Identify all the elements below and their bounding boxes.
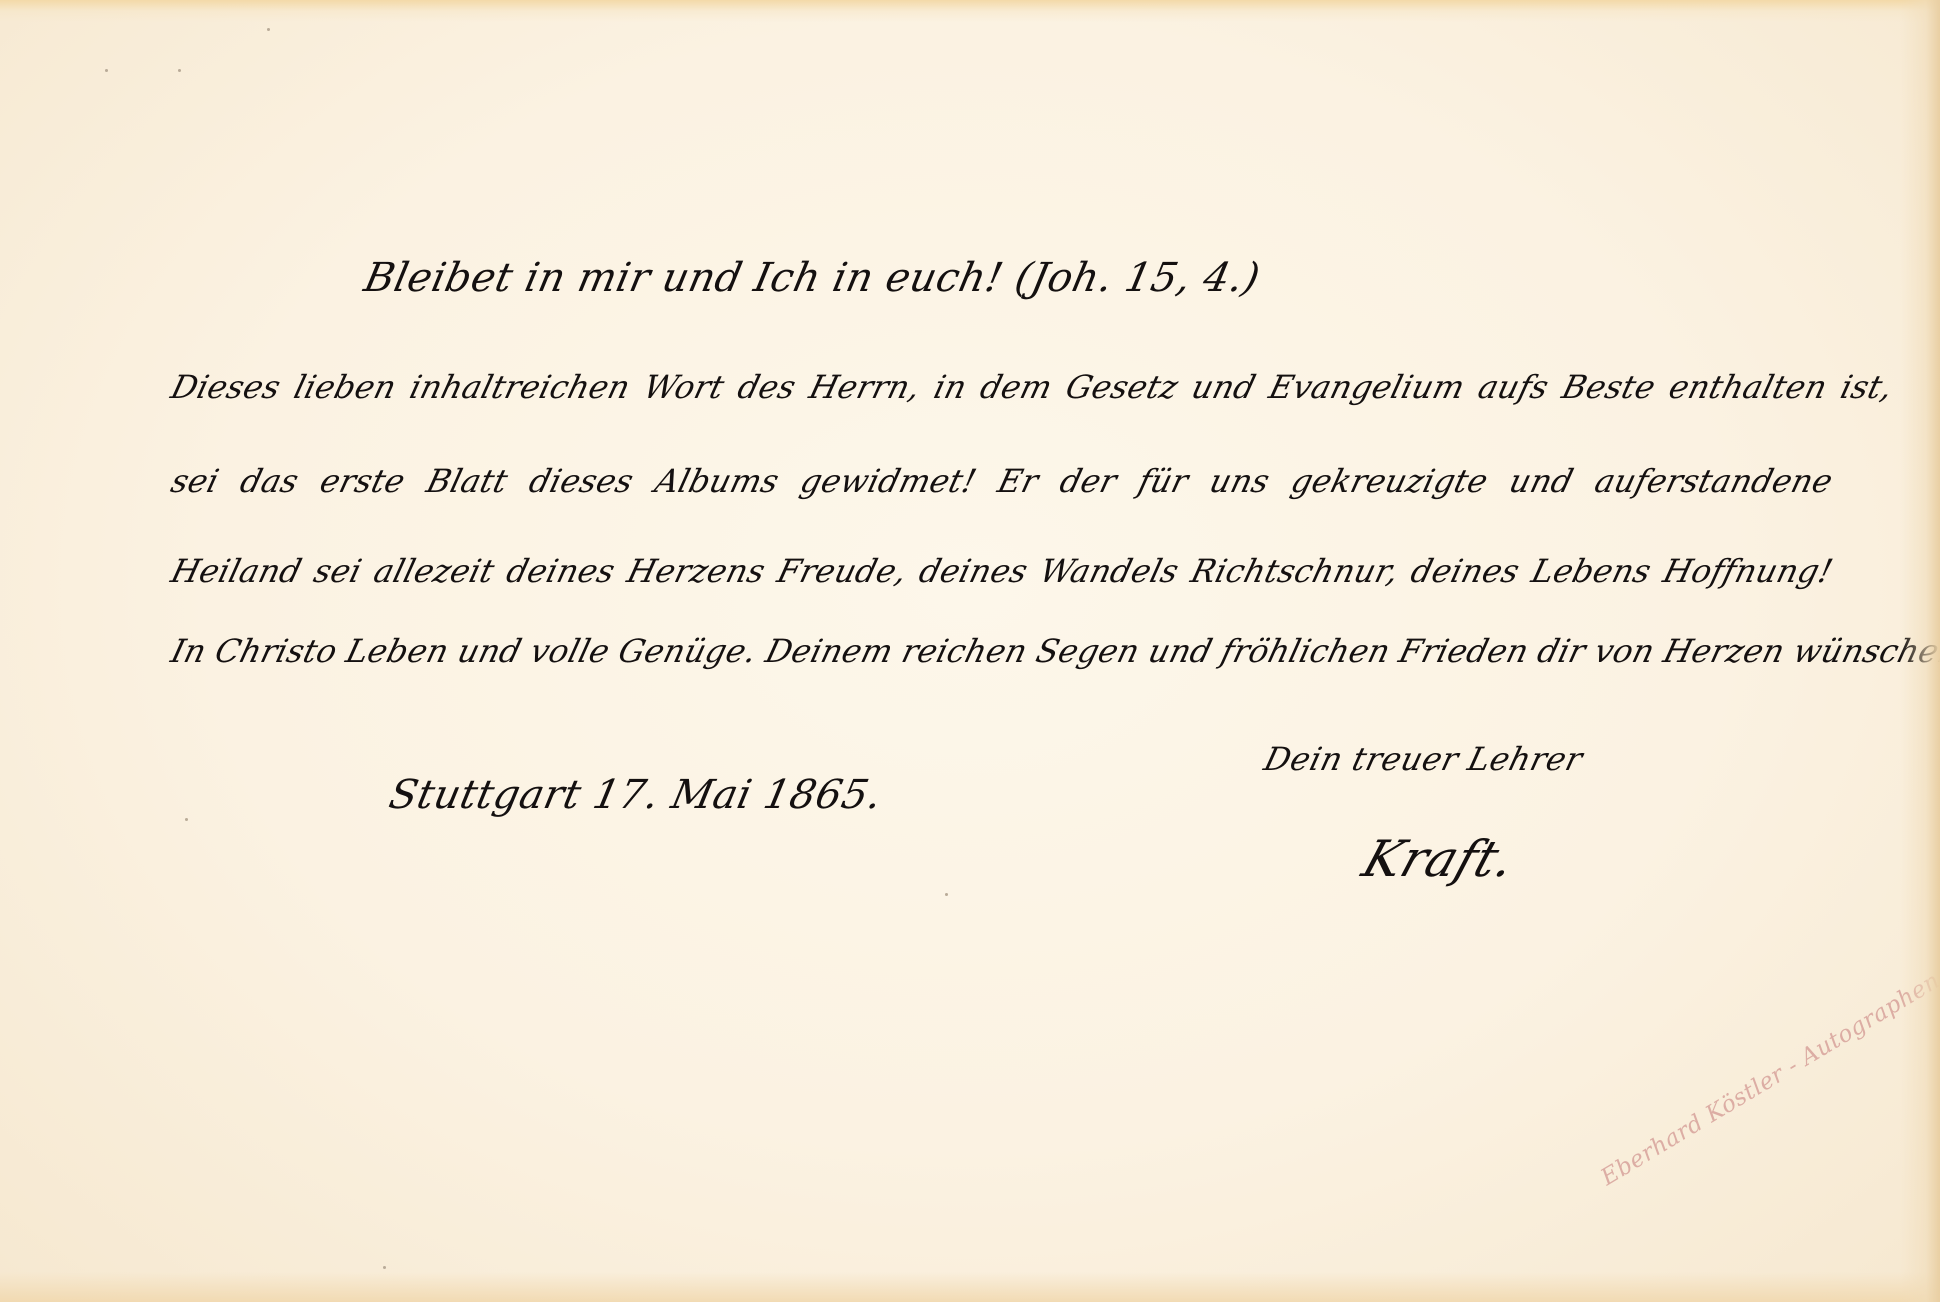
signature: Kraft.	[1356, 830, 1523, 888]
paper-page: Bleibet in mir und Ich in euch! (Joh. 15…	[0, 0, 1940, 1302]
dealer-watermark: Eberhard Köstler - Autographen & Bücher	[1597, 904, 1940, 1191]
place-and-date: Stuttgart 17. Mai 1865.	[385, 772, 886, 818]
paper-speck	[267, 28, 270, 31]
paper-speck	[383, 1266, 386, 1269]
scripture-heading: Bleibet in mir und Ich in euch! (Joh. 15…	[360, 255, 1264, 301]
paper-speck	[185, 818, 188, 821]
paper-speck	[178, 69, 181, 72]
body-line-4: In Christo Leben und volle Genüge. Deine…	[167, 632, 1916, 670]
paper-speck	[105, 69, 108, 72]
paper-speck	[945, 893, 948, 896]
body-line-1: Dieses lieben inhaltreichen Wort des Her…	[167, 368, 1896, 406]
closing-salutation: Dein treuer Lehrer	[1260, 740, 1587, 778]
body-line-2: sei das erste Blatt dieses Albums gewidm…	[167, 462, 1836, 500]
body-line-3: Heiland sei allezeit deines Herzens Freu…	[167, 552, 1836, 590]
paper-bottom-edge	[0, 1272, 1940, 1302]
